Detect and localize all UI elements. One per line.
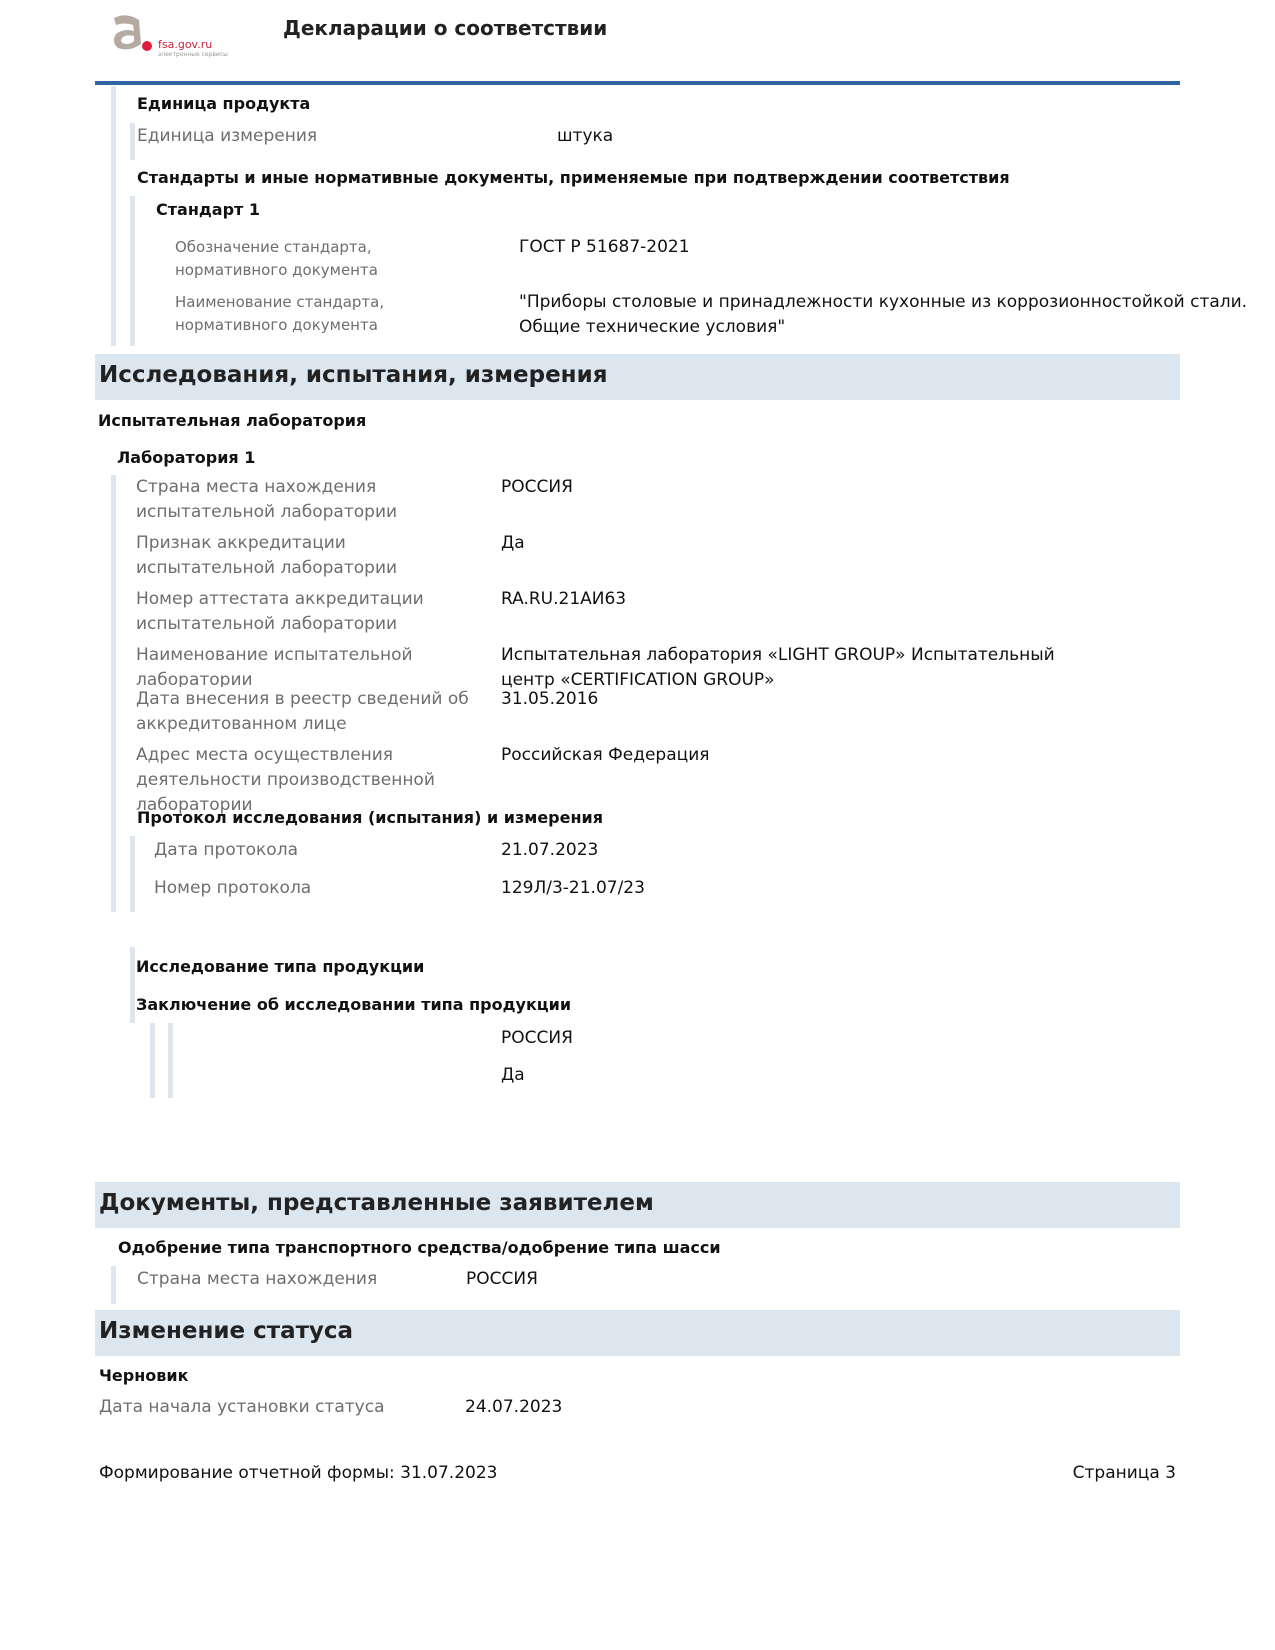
standard-name-label: Наименование стандарта, нормативного док… (175, 291, 485, 337)
type-study-heading: Исследование типа продукции (136, 957, 424, 976)
type-conclusion-value: Да (501, 1063, 525, 1088)
lab-field-label: Наименование испытательной лаборатории (136, 643, 481, 687)
nest-bar (111, 86, 116, 346)
lab-field-label: Дата внесения в реестр сведений об аккре… (136, 687, 481, 737)
logo-subtext: электронные сервисы (158, 51, 228, 58)
lab-field-value: Да (501, 531, 1101, 556)
lab-field-value: РОССИЯ (501, 475, 1101, 500)
standard-name-value-line2: Общие технические условия" (519, 315, 785, 340)
status-name: Черновик (99, 1366, 188, 1385)
lab-field-label: Номер аттестата аккредитации испытательн… (136, 587, 481, 637)
protocol-date-value: 21.07.2023 (501, 838, 598, 863)
nest-bar (168, 1023, 173, 1098)
section-research: Исследования, испытания, измерения (95, 354, 1180, 400)
section-title: Изменение статуса (99, 1318, 353, 1344)
unit-value: штука (557, 124, 613, 149)
status-date-value: 24.07.2023 (465, 1395, 562, 1420)
logo-dot-icon (142, 41, 152, 51)
vehicle-approval-heading: Одобрение типа транспортного средства/од… (118, 1238, 721, 1257)
standard-title: Стандарт 1 (156, 200, 260, 219)
lab-heading: Испытательная лаборатория (98, 411, 366, 430)
fsa-logo-icon (110, 14, 144, 52)
standards-heading: Стандарты и иные нормативные документы, … (137, 168, 1010, 187)
lab-field-value: Испытательная лаборатория «LIGHT GROUP» … (501, 643, 1101, 693)
page-number: Страница 3 (1073, 1461, 1176, 1486)
protocol-number-label: Номер протокола (154, 876, 311, 901)
lab-field-label: Признак аккредитации испытательной лабор… (136, 531, 481, 581)
section-title: Документы, представленные заявителем (99, 1190, 654, 1216)
status-date-label: Дата начала установки статуса (99, 1395, 384, 1420)
product-unit-heading: Единица продукта (137, 94, 310, 113)
nest-bar (130, 123, 135, 160)
unit-label: Единица измерения (137, 124, 317, 149)
country-label: Страна места нахождения (137, 1267, 377, 1292)
type-conclusion-value: РОССИЯ (501, 1026, 573, 1051)
nest-bar (130, 947, 135, 1023)
nest-bar (130, 196, 135, 346)
section-applicant-docs: Документы, представленные заявителем (95, 1182, 1180, 1228)
report-generated: Формирование отчетной формы: 31.07.2023 (99, 1461, 497, 1486)
protocol-heading: Протокол исследования (испытания) и изме… (137, 808, 603, 827)
logo-text: fsa.gov.ru (158, 38, 212, 51)
lab-title: Лаборатория 1 (117, 448, 255, 467)
header-rule (95, 81, 1180, 85)
section-status-change: Изменение статуса (95, 1310, 1180, 1356)
standard-designation-value: ГОСТ Р 51687-2021 (519, 235, 690, 260)
country-value: РОССИЯ (466, 1267, 538, 1292)
page-title: Декларации о соответствии (283, 16, 607, 40)
standard-designation-label: Обозначение стандарта, нормативного доку… (175, 236, 485, 282)
lab-field-label: Страна места нахождения испытательной ла… (136, 475, 481, 525)
lab-field-value: 31.05.2016 (501, 687, 1101, 712)
protocol-number-value: 129Л/3-21.07/23 (501, 876, 645, 901)
lab-field-value: Российская Федерация (501, 743, 1101, 768)
nest-bar (111, 475, 116, 912)
nest-bar (111, 1266, 116, 1304)
lab-field-label: Адрес места осуществления деятельности п… (136, 743, 481, 818)
standard-name-value-line1: "Приборы столовые и принадлежности кухон… (519, 290, 1247, 315)
nest-bar (130, 836, 135, 912)
nest-bar (150, 1023, 155, 1098)
protocol-date-label: Дата протокола (154, 838, 298, 863)
section-title: Исследования, испытания, измерения (99, 362, 607, 388)
lab-field-value: RA.RU.21АИ63 (501, 587, 1101, 612)
type-conclusion-heading: Заключение об исследовании типа продукци… (136, 995, 571, 1014)
